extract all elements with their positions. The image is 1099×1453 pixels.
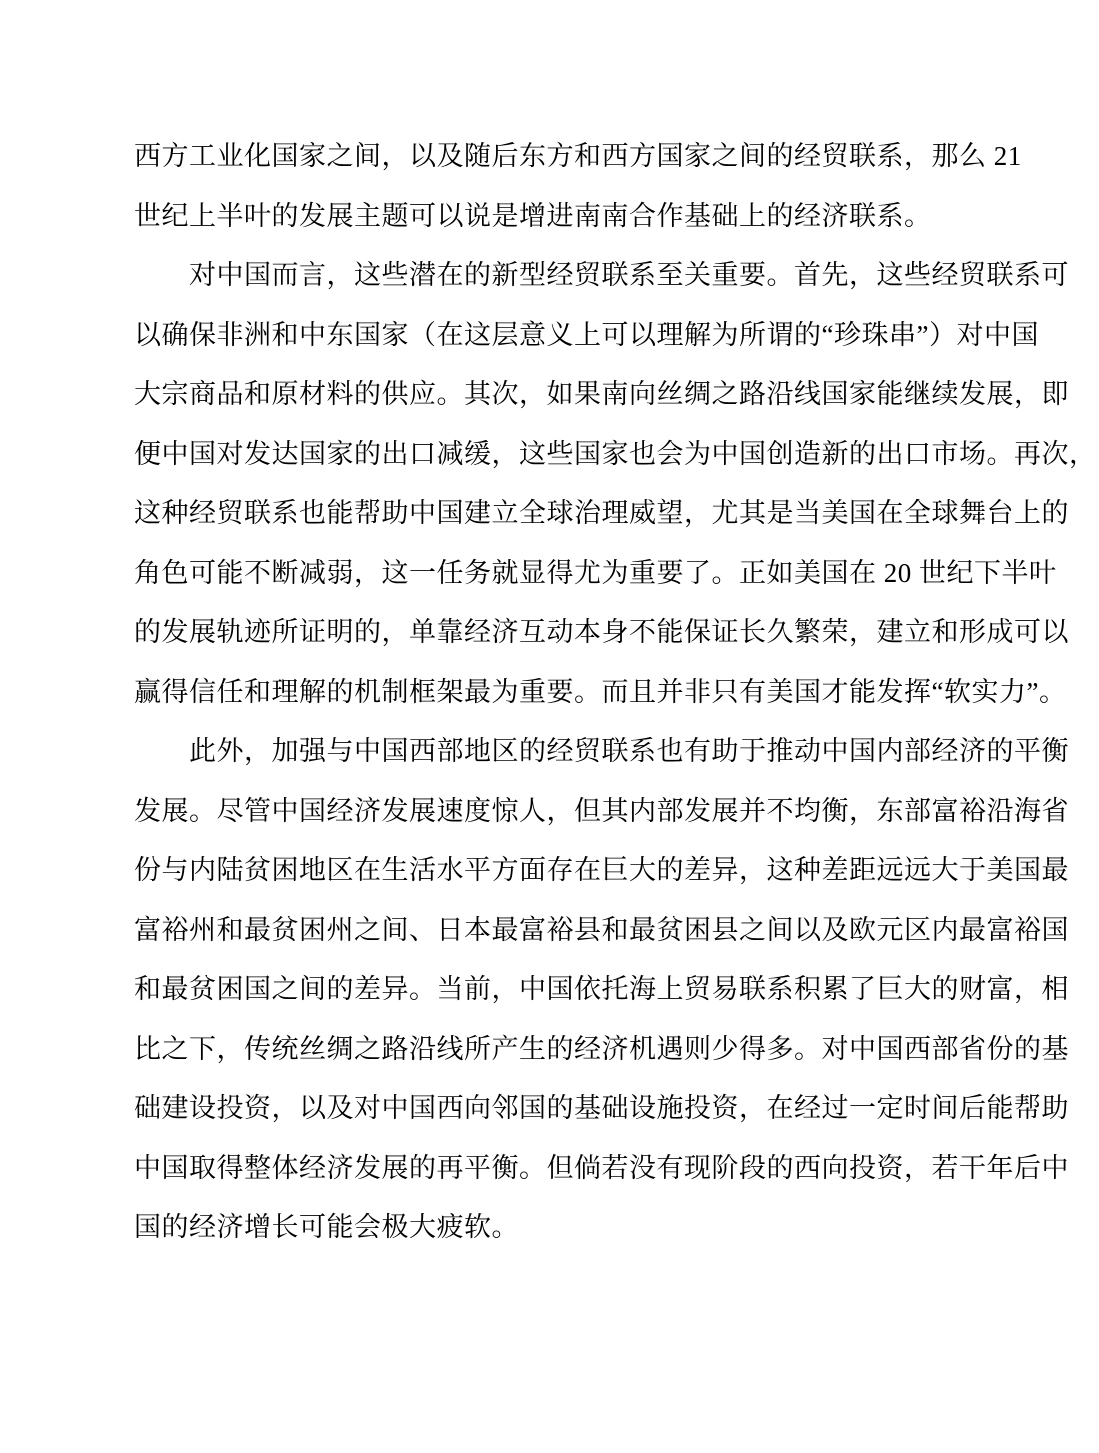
text-line: 世纪上半叶的发展主题可以说是增进南南合作基础上的经济联系。 [134, 187, 1052, 247]
text-line: 对中国而言，这些潜在的新型经贸联系至关重要。首先，这些经贸联系可 [134, 246, 1052, 306]
text-line: 比之下，传统丝绸之路沿线所产生的经济机遇则少得多。对中国西部省份的基 [134, 1020, 1052, 1080]
text-line: 这种经贸联系也能帮助中国建立全球治理威望，尤其是当美国在全球舞台上的 [134, 484, 1052, 544]
text-line: 和最贫困国之间的差异。当前，中国依托海上贸易联系积累了巨大的财富，相 [134, 960, 1052, 1020]
paragraph: 对中国而言，这些潜在的新型经贸联系至关重要。首先，这些经贸联系可 以确保非洲和中… [134, 246, 1052, 722]
paragraph: 此外，加强与中国西部地区的经贸联系也有助于推动中国内部经济的平衡 发展。尽管中国… [134, 722, 1052, 1258]
text-line: 国的经济增长可能会极大疲软。 [134, 1198, 1052, 1258]
text-line: 赢得信任和理解的机制框架最为重要。而且并非只有美国才能发挥“软实力”。 [134, 663, 1052, 723]
text-line: 角色可能不断减弱，这一任务就显得尤为重要了。正如美国在 20 世纪下半叶 [134, 544, 1052, 604]
text-line: 大宗商品和原材料的供应。其次，如果南向丝绸之路沿线国家能继续发展，即 [134, 365, 1052, 425]
text-line: 便中国对发达国家的出口减缓，这些国家也会为中国创造新的出口市场。再次， [134, 425, 1052, 485]
document-page: 西方工业化国家之间，以及随后东方和西方国家之间的经贸联系，那么 21 世纪上半叶… [0, 0, 1099, 1453]
text-line: 础建设投资，以及对中国西向邻国的基础设施投资，在经过一定时间后能帮助 [134, 1079, 1052, 1139]
text-line: 发展。尽管中国经济发展速度惊人，但其内部发展并不均衡，东部富裕沿海省 [134, 782, 1052, 842]
text-line: 富裕州和最贫困州之间、日本最富裕县和最贫困县之间以及欧元区内最富裕国 [134, 901, 1052, 961]
text-line: 此外，加强与中国西部地区的经贸联系也有助于推动中国内部经济的平衡 [134, 722, 1052, 782]
text-line: 以确保非洲和中东国家（在这层意义上可以理解为所谓的“珍珠串”）对中国 [134, 306, 1052, 366]
text-line: 的发展轨迹所证明的，单靠经济互动本身不能保证长久繁荣，建立和形成可以 [134, 603, 1052, 663]
text-line: 西方工业化国家之间，以及随后东方和西方国家之间的经贸联系，那么 21 [134, 127, 1052, 187]
paragraph: 西方工业化国家之间，以及随后东方和西方国家之间的经贸联系，那么 21 世纪上半叶… [134, 127, 1052, 246]
text-line: 份与内陆贫困地区在生活水平方面存在巨大的差异，这种差距远远大于美国最 [134, 841, 1052, 901]
text-line: 中国取得整体经济发展的再平衡。但倘若没有现阶段的西向投资，若干年后中 [134, 1139, 1052, 1199]
